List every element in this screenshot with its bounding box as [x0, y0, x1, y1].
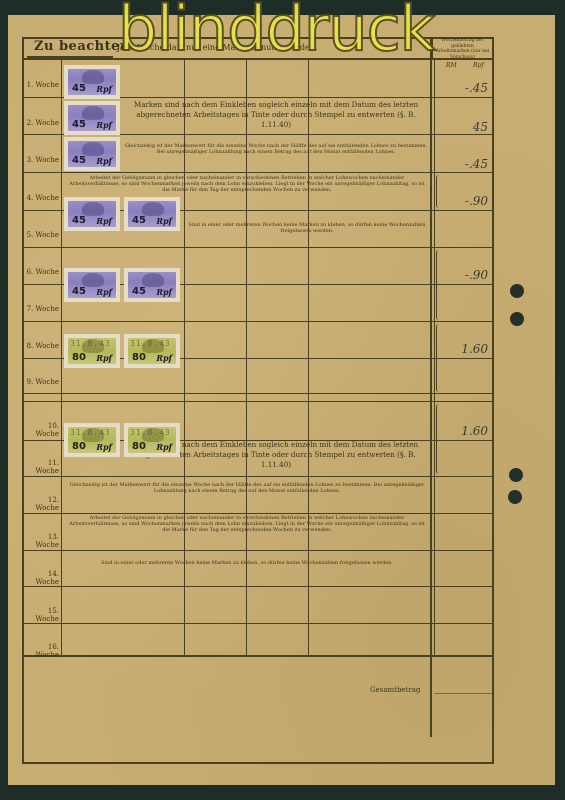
eagle-emblem-icon [82, 70, 104, 84]
weekly-amount: -.45 [436, 81, 488, 95]
weekly-amount: -.90 [436, 268, 488, 282]
row-line [22, 476, 494, 477]
eagle-emblem-icon [82, 273, 104, 287]
week-label: 7. Woche [23, 305, 61, 313]
stamp-unit: Rpf [96, 216, 112, 226]
row-line [22, 172, 494, 173]
week-pair-bracket [436, 250, 441, 320]
week-pair-bracket [436, 175, 441, 208]
watermark-text: blinddruck [118, 0, 435, 60]
week-label: 12. Woche [23, 496, 61, 512]
postage-stamp: 45 Rpf [64, 65, 120, 99]
row-line [22, 513, 494, 514]
instruction-block-b-repeat: Gleichzeitig ist der Markenwert für die … [66, 482, 428, 504]
stamp-value: 45 [72, 215, 86, 226]
eagle-emblem-icon [82, 106, 104, 120]
postage-stamp: 45 Rpf [124, 197, 180, 231]
instruction-block-d-repeat: Sind in einer oder mehreren Wochen keine… [66, 560, 428, 576]
table-bottom-line [22, 655, 494, 657]
stamp-unit: Rpf [156, 216, 172, 226]
week-pair-bracket [436, 404, 441, 474]
eagle-emblem-icon [82, 202, 104, 216]
total-cell-line [434, 693, 492, 694]
weekly-amount: 45 [436, 120, 488, 134]
week-label: 8. Woche [23, 342, 61, 350]
stamp-cancellation: 31.8.43 [130, 339, 171, 348]
row-fold-line [22, 401, 494, 402]
instruction-block-c: Arbeitet der Gefolgsmann in gleichen ode… [66, 175, 428, 211]
stamp-value: 80 [132, 441, 146, 452]
week-label: 5. Woche [23, 231, 61, 239]
amount-subheader-rpf: Rpf [473, 62, 484, 69]
postage-stamp: 31.8.43 80 Rpf [124, 423, 180, 457]
stamp-value: 45 [72, 83, 86, 94]
weekly-amount: 1.60 [436, 424, 488, 438]
week-label: 14. Woche [23, 570, 61, 586]
postage-stamp: 31.8.43 80 Rpf [124, 334, 180, 368]
postage-stamp: 45 Rpf [64, 101, 120, 135]
postage-stamp: 31.8.43 80 Rpf [64, 423, 120, 457]
row-line [22, 623, 494, 624]
stamp-value: 45 [72, 119, 86, 130]
stamp-value: 45 [132, 286, 146, 297]
week-label: 4. Woche [23, 194, 61, 202]
week-label: 2. Woche [23, 119, 61, 127]
stamp-unit: Rpf [96, 442, 112, 452]
row-line [22, 586, 494, 587]
bottom-border [22, 762, 494, 764]
week-label: 15. Woche [23, 607, 61, 623]
stamp-cancellation: 31.8.43 [70, 339, 111, 348]
stamp-unit: Rpf [156, 353, 172, 363]
week-label: 11. Woche [23, 459, 61, 475]
weekly-amount: -.45 [436, 157, 488, 171]
postage-stamp: 45 Rpf [64, 197, 120, 231]
right-border-lower [492, 656, 494, 764]
week-label: 13. Woche [23, 533, 61, 549]
stamp-value: 45 [132, 215, 146, 226]
row-line [22, 247, 494, 248]
punch-hole [510, 284, 524, 298]
weekly-amount: -.90 [436, 194, 488, 208]
postage-stamp: 45 Rpf [64, 137, 120, 171]
instruction-block-a: Marken sind nach dem Einkleben sogleich … [124, 100, 428, 132]
stamp-cancellation: 31.8.43 [130, 428, 171, 437]
left-border-lower [22, 656, 24, 764]
eagle-emblem-icon [142, 202, 164, 216]
stamp-value: 45 [72, 155, 86, 166]
postage-stamp: 45 Rpf [124, 268, 180, 302]
week-label: 6. Woche [23, 268, 61, 276]
stamp-unit: Rpf [156, 287, 172, 297]
week-label: 16. Woche [23, 643, 61, 659]
stamp-value: 80 [72, 352, 86, 363]
week-pair-bracket [436, 324, 441, 392]
weekly-amount: 1.60 [436, 342, 488, 356]
amount-subheader-rm: RM [446, 62, 457, 69]
punch-hole [509, 468, 523, 482]
stamp-cancellation: 31.8.43 [70, 428, 111, 437]
total-label: Gesamtbetrag [370, 686, 420, 694]
stamp-value: 80 [132, 352, 146, 363]
stamp-value: 80 [72, 441, 86, 452]
column-line [430, 37, 432, 737]
instruction-block-c-repeat: Arbeitet der Gefolgsmann in gleichen ode… [66, 515, 428, 551]
row-line [22, 321, 494, 322]
eagle-emblem-icon [142, 273, 164, 287]
stamp-unit: Rpf [96, 120, 112, 130]
stamp-value: 45 [72, 286, 86, 297]
stamp-unit: Rpf [96, 353, 112, 363]
amount-column-header: Wochenbetrag der geklebten Arbeitsmarken… [434, 38, 491, 60]
punch-hole [510, 312, 524, 326]
postage-stamp: 45 Rpf [64, 268, 120, 302]
instruction-block-b: Gleichzeitig ist der Markenwert für die … [124, 143, 428, 165]
week-label: 9. Woche [23, 378, 61, 386]
eagle-emblem-icon [82, 142, 104, 156]
stamp-unit: Rpf [96, 84, 112, 94]
week-label: 10. Woche [23, 422, 61, 438]
week-label: 1. Woche [23, 81, 61, 89]
stamp-unit: Rpf [156, 442, 172, 452]
stamp-unit: Rpf [96, 156, 112, 166]
stamp-unit: Rpf [96, 287, 112, 297]
row-fold-line [22, 393, 494, 394]
postage-stamp: 31.8.43 80 Rpf [64, 334, 120, 368]
punch-hole [508, 490, 522, 504]
week-label: 3. Woche [23, 156, 61, 164]
instruction-block-d: Sind in einer oder mehreren Wochen keine… [186, 222, 428, 238]
